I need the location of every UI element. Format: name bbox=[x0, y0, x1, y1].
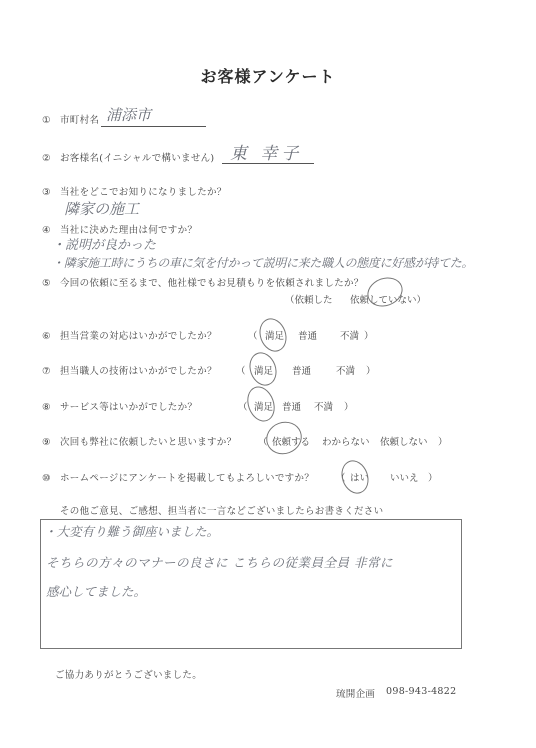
question-label: 担当職人の技術はいかがでしたか？ bbox=[60, 366, 217, 377]
option-average[interactable]: 普通 bbox=[298, 328, 317, 342]
question-10: ⑩ホームページにアンケートを掲載してもよろしいですか？ bbox=[42, 470, 314, 484]
question-number: ② bbox=[42, 153, 60, 164]
selection-circle bbox=[255, 315, 291, 356]
paren-close: ） bbox=[344, 399, 354, 413]
question-label: ホームページにアンケートを掲載してもよろしいですか？ bbox=[60, 473, 314, 484]
question-label: 市町村名 bbox=[60, 115, 99, 126]
paren-close: ） bbox=[364, 328, 374, 342]
question-3: ③当社をどこでお知りになりましたか？ bbox=[42, 184, 227, 198]
company-name: 琉開企画 bbox=[336, 686, 375, 700]
question-label: 担当営業の対応はいかがでしたか？ bbox=[60, 331, 217, 342]
option-average[interactable]: 普通 bbox=[282, 399, 301, 413]
comment-line-3: 感心してました。 bbox=[46, 582, 146, 600]
answer-reason-line-1[interactable]: ・説明が良かった bbox=[52, 234, 156, 253]
question-number: ① bbox=[42, 115, 60, 126]
thanks-message: ご協力ありがとうございました。 bbox=[55, 667, 202, 681]
question-number: ⑤ bbox=[42, 278, 60, 289]
question-number: ⑨ bbox=[42, 437, 60, 448]
paren-close: ） bbox=[428, 470, 438, 484]
option-requested[interactable]: （依頼した bbox=[285, 292, 333, 306]
answer-name[interactable]: 東 幸子 bbox=[230, 139, 302, 164]
option-no[interactable]: いいえ bbox=[390, 470, 419, 484]
question-number: ③ bbox=[42, 187, 60, 198]
option-will-not-request[interactable]: 依頼しない bbox=[380, 434, 428, 448]
comments-prompt: その他ご意見、ご感想、担当者に一言などございましたらお書きください bbox=[60, 503, 383, 517]
question-label: お客様名(イニシャルで構いません) bbox=[60, 153, 214, 164]
answer-underline bbox=[222, 163, 314, 164]
answer-reason-line-2[interactable]: ・隣家施工時にうちの車に気を付かって説明に来た職人の態度に好感が持てた。 bbox=[52, 254, 473, 271]
selection-circle bbox=[245, 349, 281, 390]
question-7: ⑦担当職人の技術はいかがでしたか？ bbox=[42, 363, 217, 377]
paren-close: ） bbox=[366, 363, 376, 377]
question-8: ⑧サービス等はいかがでしたか？ bbox=[42, 399, 197, 413]
selection-circle bbox=[337, 457, 373, 498]
paren-open: （ bbox=[248, 328, 258, 342]
question-label: 当社をどこでお知りになりましたか？ bbox=[60, 187, 227, 198]
question-6: ⑥担当営業の対応はいかがでしたか？ bbox=[42, 328, 217, 342]
question-number: ⑦ bbox=[42, 366, 60, 377]
question-1: ①市町村名 bbox=[42, 112, 99, 126]
answer-city[interactable]: 浦添市 bbox=[106, 104, 151, 125]
answer-underline bbox=[101, 126, 206, 127]
phone-number: 098-943-4822 bbox=[386, 686, 456, 697]
option-dissatisfied[interactable]: 不満 bbox=[336, 363, 355, 377]
answer-source[interactable]: 隣家の施工 bbox=[64, 198, 139, 219]
question-2: ②お客様名(イニシャルで構いません) bbox=[42, 150, 214, 164]
question-label: サービス等はいかがでしたか？ bbox=[60, 402, 197, 413]
question-number: ⑩ bbox=[42, 473, 60, 484]
comment-line-2: そちらの方々のマナーの良さに こちらの従業員全員 非常に bbox=[46, 553, 393, 571]
paren-close: ） bbox=[438, 434, 448, 448]
question-number: ⑧ bbox=[42, 402, 60, 413]
page-title: お客様アンケート bbox=[0, 64, 536, 87]
question-9: ⑨次回も弊社に依頼したいと思いますか？ bbox=[42, 434, 236, 448]
option-unsure[interactable]: わからない bbox=[322, 434, 370, 448]
option-average[interactable]: 普通 bbox=[292, 363, 311, 377]
option-dissatisfied[interactable]: 不満 bbox=[314, 399, 333, 413]
selection-circle bbox=[243, 383, 280, 426]
paren-open: （ bbox=[236, 363, 246, 377]
comment-line-1: ・大変有り難う御座いました。 bbox=[44, 522, 219, 540]
selection-circle bbox=[262, 417, 307, 459]
question-label: 今回の依頼に至るまで、他社様でもお見積もりを依頼されましたか？ bbox=[60, 278, 364, 289]
question-5: ⑤今回の依頼に至るまで、他社様でもお見積もりを依頼されましたか？ bbox=[42, 275, 364, 289]
question-label: 次回も弊社に依頼したいと思いますか？ bbox=[60, 437, 236, 448]
option-dissatisfied[interactable]: 不満 bbox=[340, 328, 359, 342]
question-number: ⑥ bbox=[42, 331, 60, 342]
